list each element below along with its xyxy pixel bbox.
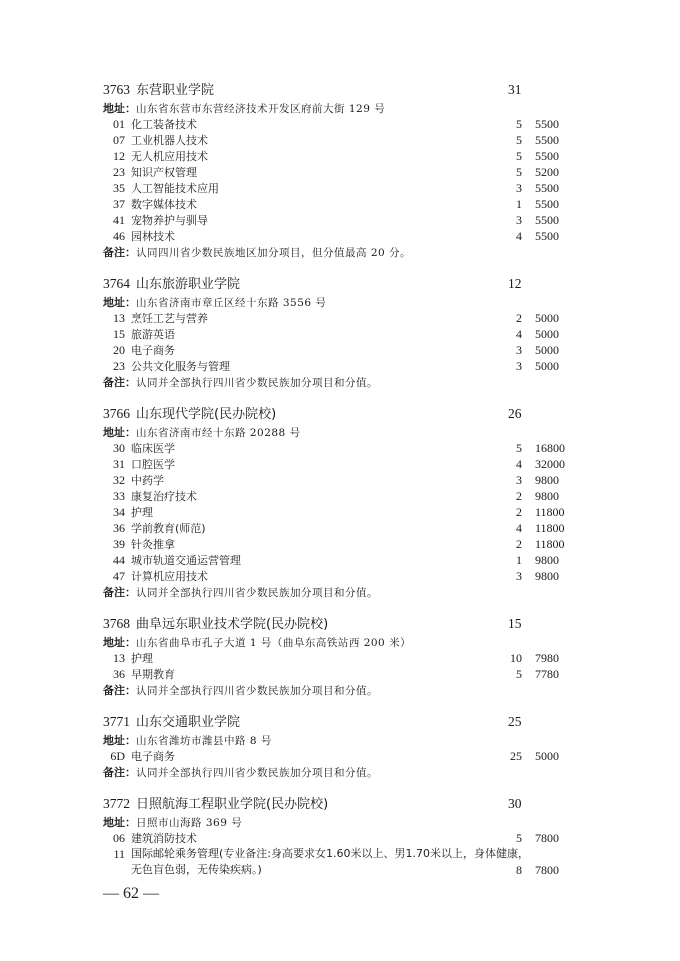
note-label: 备注：: [103, 246, 136, 259]
major-code: 32: [103, 472, 125, 488]
major-count: 1: [498, 552, 522, 568]
address-label: 地址：: [103, 426, 136, 439]
major-name: 无人机应用技术: [131, 150, 208, 163]
school-header: 3764山东旅游职业学院 12: [103, 274, 573, 294]
school-code: 3771: [103, 714, 130, 729]
document-page: 3763东营职业学院 31 地址：山东省东营市东营经济技术开发区府前大街 129…: [103, 80, 573, 892]
major-code: 31: [103, 456, 125, 472]
major-row: 13烹饪工艺与营养25000: [103, 310, 573, 326]
address-value: 山东省济南市经十东路 20288 号: [136, 427, 301, 439]
major-fee: 9800: [535, 552, 559, 568]
school-address: 地址：山东省曲阜市孔子大道 1 号（曲阜东高铁站西 200 米）: [103, 634, 573, 650]
major-row: 32中药学39800: [103, 472, 573, 488]
major-count: 3: [498, 180, 522, 196]
major-row: 36早期教育57780: [103, 666, 573, 682]
major-row: 46园林技术45500: [103, 228, 573, 244]
major-count: 3: [498, 342, 522, 358]
note-value: 认同并全部执行四川省少数民族加分项目和分值。: [136, 685, 378, 697]
school-total: 12: [508, 274, 522, 294]
major-fee: 5000: [535, 358, 559, 374]
address-label: 地址：: [103, 734, 136, 747]
school-header: 3772日照航海工程职业学院(民办院校) 30: [103, 794, 573, 814]
school-name: 山东旅游职业学院: [136, 277, 240, 292]
address-value: 山东省济南市章丘区经十东路 3556 号: [136, 297, 326, 309]
major-name: 临床医学: [131, 442, 175, 455]
major-fee: 5200: [535, 164, 559, 180]
major-name: 公共文化服务与管理: [131, 360, 230, 373]
major-fee: 11800: [535, 520, 565, 536]
major-name: 早期教育: [131, 668, 175, 681]
major-code: 13: [103, 310, 125, 326]
major-fee: 5500: [535, 180, 559, 196]
major-fee: 11800: [535, 504, 565, 520]
major-row: 44城市轨道交通运营管理19800: [103, 552, 573, 568]
major-row: 36学前教育(师范)411800: [103, 520, 573, 536]
major-row: 13护理107980: [103, 650, 573, 666]
major-row: 39针灸推拿211800: [103, 536, 573, 552]
address-value: 日照市山海路 369 号: [136, 817, 242, 829]
major-code: 30: [103, 440, 125, 456]
school-note: 备注：认同并全部执行四川省少数民族加分项目和分值。: [103, 764, 573, 780]
school-total: 15: [508, 614, 522, 634]
major-count: 5: [498, 116, 522, 132]
major-name: 旅游英语: [131, 328, 175, 341]
major-code: 36: [103, 520, 125, 536]
major-name: 电子商务: [131, 750, 175, 763]
major-count: 2: [498, 488, 522, 504]
major-row: 20电子商务35000: [103, 342, 573, 358]
major-count: 5: [498, 148, 522, 164]
major-count: 2: [498, 310, 522, 326]
major-fee: 5000: [535, 748, 559, 764]
school-address: 地址：山东省济南市经十东路 20288 号: [103, 424, 573, 440]
major-name: 化工装备技术: [131, 118, 197, 131]
school-name: 山东现代学院(民办院校): [136, 407, 276, 422]
major-code: 41: [103, 212, 125, 228]
major-row: 07工业机器人技术55500: [103, 132, 573, 148]
major-count: 4: [498, 326, 522, 342]
note-value: 认同并全部执行四川省少数民族加分项目和分值。: [136, 767, 378, 779]
school-name: 曲阜远东职业技术学院(民办院校): [136, 617, 328, 632]
major-row: 23知识产权管理55200: [103, 164, 573, 180]
major-code: 23: [103, 164, 125, 180]
school-total: 26: [508, 404, 522, 424]
major-row: 31口腔医学432000: [103, 456, 573, 472]
major-row: 15旅游英语45000: [103, 326, 573, 342]
major-name: 康复治疗技术: [131, 490, 197, 503]
school-address: 地址：山东省潍坊市潍县中路 8 号: [103, 732, 573, 748]
school-header: 3771山东交通职业学院 25: [103, 712, 573, 732]
major-name: 工业机器人技术: [131, 134, 208, 147]
major-fee: 9800: [535, 488, 559, 504]
major-code: 12: [103, 148, 125, 164]
major-count: 2: [498, 536, 522, 552]
major-code: 35: [103, 180, 125, 196]
major-row: 47计算机应用技术39800: [103, 568, 573, 584]
school-name: 日照航海工程职业学院(民办院校): [136, 797, 328, 812]
major-code: 6D: [103, 748, 125, 764]
major-name: 护理: [131, 652, 153, 665]
school-entry-3766: 3766山东现代学院(民办院校) 26 地址：山东省济南市经十东路 20288 …: [103, 404, 573, 600]
note-label: 备注：: [103, 586, 136, 599]
major-row: 23公共文化服务与管理35000: [103, 358, 573, 374]
major-count: 5: [498, 164, 522, 180]
major-code: 13: [103, 650, 125, 666]
school-address: 地址：山东省济南市章丘区经十东路 3556 号: [103, 294, 573, 310]
major-name: 计算机应用技术: [131, 570, 208, 583]
school-header: 3768曲阜远东职业技术学院(民办院校) 15: [103, 614, 573, 634]
major-count: 25: [498, 748, 522, 764]
major-name: 中药学: [131, 474, 164, 487]
major-fee: 5500: [535, 116, 559, 132]
major-code: 46: [103, 228, 125, 244]
school-entry-3772: 3772日照航海工程职业学院(民办院校) 30 地址：日照市山海路 369 号 …: [103, 794, 573, 878]
address-value: 山东省东营市东营经济技术开发区府前大街 129 号: [136, 103, 385, 115]
major-count: 3: [498, 568, 522, 584]
major-fee: 5500: [535, 132, 559, 148]
major-code: 06: [103, 830, 125, 846]
major-fee: 9800: [535, 472, 559, 488]
school-address: 地址：山东省东营市东营经济技术开发区府前大街 129 号: [103, 100, 573, 116]
major-count: 5: [498, 440, 522, 456]
major-count: 4: [498, 520, 522, 536]
major-code: 36: [103, 666, 125, 682]
address-value: 山东省曲阜市孔子大道 1 号（曲阜东高铁站西 200 米）: [136, 637, 411, 649]
major-row: 41宠物养护与驯导35500: [103, 212, 573, 228]
major-fee: 7980: [535, 650, 559, 666]
school-note: 备注：认同四川省少数民族地区加分项目，但分值最高 20 分。: [103, 244, 573, 260]
major-name: 建筑消防技术: [131, 832, 197, 845]
major-code: 39: [103, 536, 125, 552]
major-name: 学前教育(师范): [131, 522, 206, 535]
note-label: 备注：: [103, 684, 136, 697]
major-code: 23: [103, 358, 125, 374]
major-fee: 7800: [535, 862, 559, 878]
major-row: 6D电子商务255000: [103, 748, 573, 764]
major-count: 4: [498, 456, 522, 472]
note-value: 认同并全部执行四川省少数民族加分项目和分值。: [136, 587, 378, 599]
major-fee: 5500: [535, 228, 559, 244]
major-name: 园林技术: [131, 230, 175, 243]
major-code: 07: [103, 132, 125, 148]
major-row: 11国际邮轮乘务管理(专业备注:身高要求女1.60米以上、男1.70米以上，身体…: [103, 846, 573, 878]
major-row: 34护理211800: [103, 504, 573, 520]
school-name: 山东交通职业学院: [136, 715, 240, 730]
school-header: 3766山东现代学院(民办院校) 26: [103, 404, 573, 424]
major-name: 城市轨道交通运营管理: [131, 554, 241, 567]
school-name: 东营职业学院: [136, 83, 214, 98]
address-label: 地址：: [103, 636, 136, 649]
note-label: 备注：: [103, 376, 136, 389]
school-note: 备注：认同并全部执行四川省少数民族加分项目和分值。: [103, 584, 573, 600]
major-fee: 16800: [535, 440, 565, 456]
major-name: 电子商务: [131, 344, 175, 357]
major-row: 35人工智能技术应用35500: [103, 180, 573, 196]
major-count: 3: [498, 212, 522, 228]
major-fee: 5500: [535, 148, 559, 164]
major-fee: 5000: [535, 326, 559, 342]
address-label: 地址：: [103, 296, 136, 309]
note-value: 认同四川省少数民族地区加分项目，但分值最高 20 分。: [136, 247, 411, 259]
major-name: 数字媒体技术: [131, 198, 197, 211]
school-note: 备注：认同并全部执行四川省少数民族加分项目和分值。: [103, 682, 573, 698]
major-fee: 7780: [535, 666, 559, 682]
major-row: 12无人机应用技术55500: [103, 148, 573, 164]
major-code: 33: [103, 488, 125, 504]
major-count: 4: [498, 228, 522, 244]
school-address: 地址：日照市山海路 369 号: [103, 814, 573, 830]
major-code: 47: [103, 568, 125, 584]
major-fee: 5500: [535, 212, 559, 228]
major-name: 针灸推拿: [131, 538, 175, 551]
address-label: 地址：: [103, 102, 136, 115]
major-code: 11: [103, 846, 125, 862]
school-entry-3763: 3763东营职业学院 31 地址：山东省东营市东营经济技术开发区府前大街 129…: [103, 80, 573, 260]
major-count: 3: [498, 472, 522, 488]
major-count: 5: [498, 666, 522, 682]
major-name: 知识产权管理: [131, 166, 197, 179]
major-count: 1: [498, 196, 522, 212]
major-name: 烹饪工艺与营养: [131, 312, 208, 325]
school-entry-3771: 3771山东交通职业学院 25 地址：山东省潍坊市潍县中路 8 号 6D电子商务…: [103, 712, 573, 780]
major-fee: 5500: [535, 196, 559, 212]
school-total: 25: [508, 712, 522, 732]
school-code: 3763: [103, 82, 130, 97]
school-code: 3764: [103, 276, 130, 291]
page-number: — 62 —: [103, 885, 159, 903]
note-label: 备注：: [103, 766, 136, 779]
note-value: 认同并全部执行四川省少数民族加分项目和分值。: [136, 377, 378, 389]
major-name: 宠物养护与驯导: [131, 214, 208, 227]
major-fee: 11800: [535, 536, 565, 552]
school-header: 3763东营职业学院 31: [103, 80, 573, 100]
major-count: 5: [498, 830, 522, 846]
school-note: 备注：认同并全部执行四川省少数民族加分项目和分值。: [103, 374, 573, 390]
major-count: 10: [498, 650, 522, 666]
school-code: 3766: [103, 406, 130, 421]
major-fee: 5000: [535, 310, 559, 326]
major-fee: 7800: [535, 830, 559, 846]
school-entry-3764: 3764山东旅游职业学院 12 地址：山东省济南市章丘区经十东路 3556 号 …: [103, 274, 573, 390]
address-label: 地址：: [103, 816, 136, 829]
school-code: 3772: [103, 796, 130, 811]
school-total: 30: [508, 794, 522, 814]
address-value: 山东省潍坊市潍县中路 8 号: [136, 735, 272, 747]
major-name: 国际邮轮乘务管理(专业备注:身高要求女1.60米以上、男1.70米以上，身体健康…: [131, 846, 531, 878]
school-total: 31: [508, 80, 522, 100]
major-fee: 9800: [535, 568, 559, 584]
major-code: 20: [103, 342, 125, 358]
major-code: 37: [103, 196, 125, 212]
major-code: 15: [103, 326, 125, 342]
major-fee: 32000: [535, 456, 565, 472]
major-count: 2: [498, 504, 522, 520]
school-entry-3768: 3768曲阜远东职业技术学院(民办院校) 15 地址：山东省曲阜市孔子大道 1 …: [103, 614, 573, 698]
school-code: 3768: [103, 616, 130, 631]
major-name: 人工智能技术应用: [131, 182, 219, 195]
major-name: 口腔医学: [131, 458, 175, 471]
major-fee: 5000: [535, 342, 559, 358]
major-row: 06建筑消防技术57800: [103, 830, 573, 846]
major-row: 01化工装备技术55500: [103, 116, 573, 132]
major-code: 34: [103, 504, 125, 520]
major-name: 护理: [131, 506, 153, 519]
major-code: 44: [103, 552, 125, 568]
major-row: 30临床医学516800: [103, 440, 573, 456]
major-count: 3: [498, 358, 522, 374]
major-row: 37数字媒体技术15500: [103, 196, 573, 212]
major-row: 33康复治疗技术29800: [103, 488, 573, 504]
major-count: 8: [498, 862, 522, 878]
major-code: 01: [103, 116, 125, 132]
major-count: 5: [498, 132, 522, 148]
